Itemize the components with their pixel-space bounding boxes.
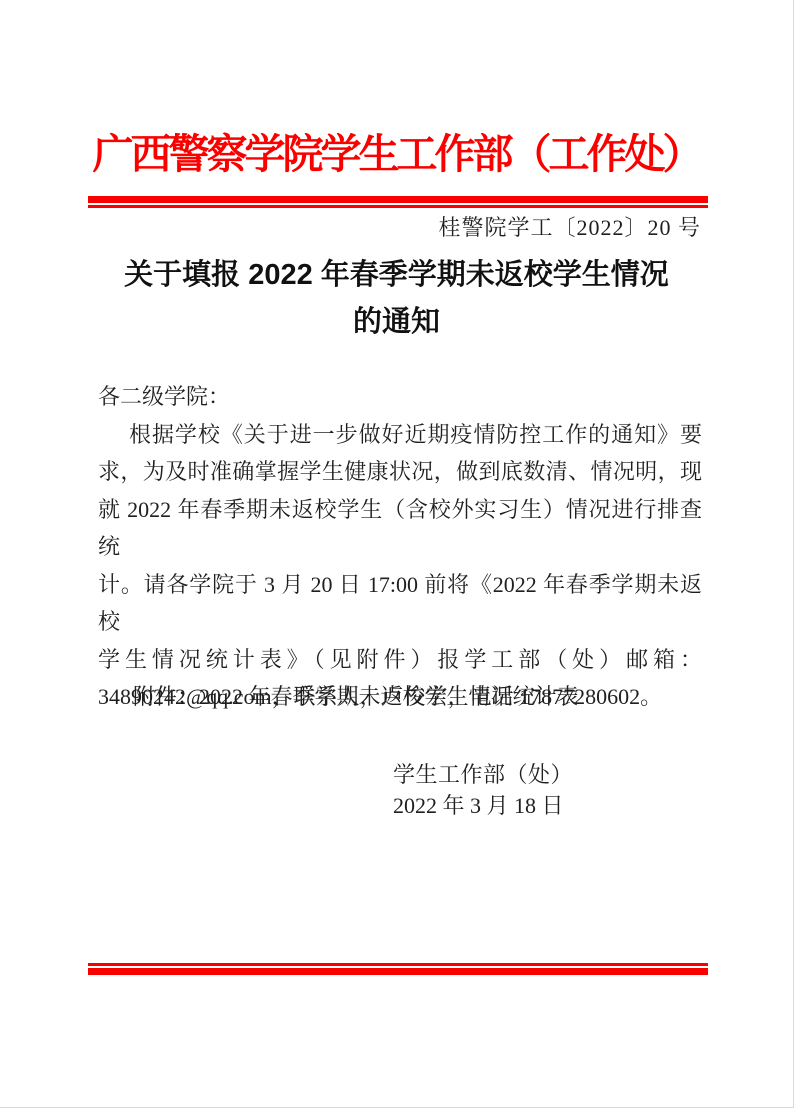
- body-line: 学生情况统计表》（见附件）报学工部（处）邮箱：: [98, 641, 702, 679]
- body-line: 计。请各学院于 3 月 20 日 17:00 前将《2022 年春季学期未返校: [98, 566, 702, 641]
- salutation: 各二级学院：: [98, 378, 702, 416]
- body-line: 根据学校《关于进一步做好近期疫情防控工作的通知》要: [98, 416, 702, 454]
- document-title-line-2: 的通知: [0, 299, 793, 346]
- official-notice-page: 广西警察学院学生工作部（工作处） 桂警院学工〔2022〕20 号 关于填报 20…: [0, 0, 794, 1108]
- letterhead-org-title: 广西警察学院学生工作部（工作处）: [0, 121, 793, 180]
- attachment-note: 附件：2022 年春季学期未返校学生情况统计表: [133, 678, 579, 716]
- document-title-line-1: 关于填报 2022 年春季学期未返校学生情况: [0, 252, 793, 299]
- document-title: 关于填报 2022 年春季学期未返校学生情况 的通知: [0, 252, 793, 346]
- footer-divider: [88, 963, 708, 975]
- divider-thick-line: [88, 968, 708, 975]
- body-line: 求，为及时准确掌握学生健康状况，做到底数清、情况明，现: [98, 453, 702, 491]
- signature-block: 学生工作部（处） 2022 年 3 月 18 日: [393, 760, 573, 821]
- divider-thick-line: [88, 196, 708, 203]
- letterhead-divider: [88, 196, 708, 208]
- document-number: 桂警院学工〔2022〕20 号: [438, 211, 701, 242]
- signature-department: 学生工作部（处）: [393, 760, 573, 791]
- body-line: 就 2022 年春季期未返校学生（含校外实习生）情况进行排查统: [98, 491, 702, 566]
- signature-date: 2022 年 3 月 18 日: [393, 791, 573, 822]
- divider-thin-line: [88, 205, 708, 208]
- notice-body: 各二级学院： 根据学校《关于进一步做好近期疫情防控工作的通知》要 求，为及时准确…: [98, 378, 702, 716]
